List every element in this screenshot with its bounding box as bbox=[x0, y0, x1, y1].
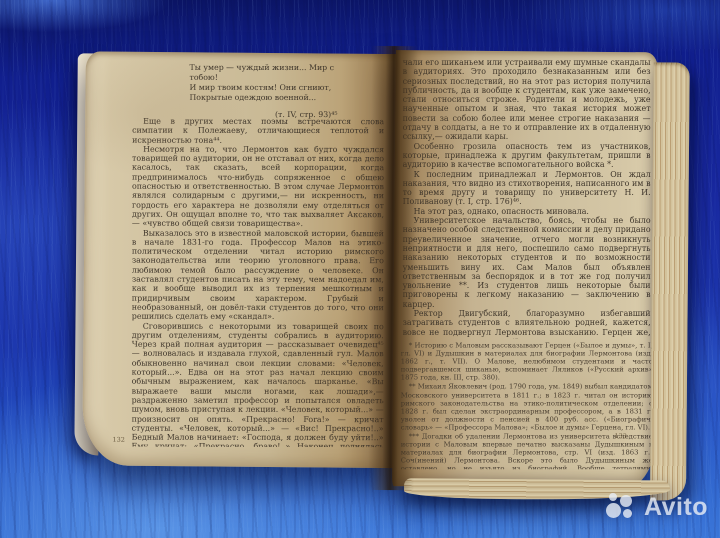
fore-edge-pages bbox=[650, 62, 690, 500]
epigraph-line: Ты умер — чуждый жизни... Мир с тобою! bbox=[190, 63, 342, 83]
page-number-right: 133 bbox=[614, 432, 626, 440]
avito-logo-icon bbox=[606, 492, 638, 522]
page-number-left: 132 bbox=[112, 436, 124, 444]
body-paragraph: Еще в других местах поэмы встречаются сл… bbox=[132, 117, 384, 145]
left-page-text: Еще в других местах поэмы встречаются сл… bbox=[132, 117, 385, 447]
body-paragraph: На этот раз, однако, опасность миновала. bbox=[403, 207, 651, 216]
right-page-text: чали его шиканьем или устраивали ему шум… bbox=[403, 58, 651, 338]
epigraph-line: И мир твоим костям! Они сгниют, bbox=[189, 83, 341, 93]
footnote: ** Михаил Яковлевич (род. 1790 года, ум.… bbox=[401, 383, 653, 432]
body-paragraph: чали его шиканьем или устраивали ему шум… bbox=[403, 58, 651, 142]
body-paragraph: Особенно грозила опасность тем из участн… bbox=[403, 142, 651, 170]
body-paragraph: Выказалось это в известной маловской ист… bbox=[132, 228, 384, 321]
epigraph-line: Покрытые одеждою военной... bbox=[189, 93, 341, 103]
body-paragraph: Ректор Двигубский, благоразумно избегавш… bbox=[403, 309, 651, 338]
avito-watermark: Avito bbox=[606, 492, 708, 522]
body-paragraph: Несмотря на то, что Лермонтов как будто … bbox=[132, 145, 384, 229]
footnotes: * Историю с Маловым рассказывают Герцен … bbox=[401, 341, 653, 469]
avito-wordmark: Avito bbox=[644, 492, 708, 522]
footnote: * Историю с Маловым рассказывают Герцен … bbox=[401, 341, 653, 381]
epigraph: Ты умер — чуждый жизни... Мир с тобою! И… bbox=[189, 63, 341, 120]
open-book: Ты умер — чуждый жизни... Мир с тобою! И… bbox=[74, 35, 694, 492]
body-paragraph: Сговорившись с некоторыми из товарищей с… bbox=[132, 321, 384, 447]
photo-scene: Ты умер — чуждый жизни... Мир с тобою! И… bbox=[0, 0, 720, 538]
left-page: Ты умер — чуждый жизни... Мир с тобою! И… bbox=[82, 51, 406, 468]
body-paragraph: К последним принадлежал и Лермонтов. Он … bbox=[403, 170, 651, 207]
right-page: чали его шиканьем или устраивали ему шум… bbox=[392, 50, 658, 488]
body-paragraph: Университетское начальство, боясь, чтобы… bbox=[403, 216, 651, 309]
